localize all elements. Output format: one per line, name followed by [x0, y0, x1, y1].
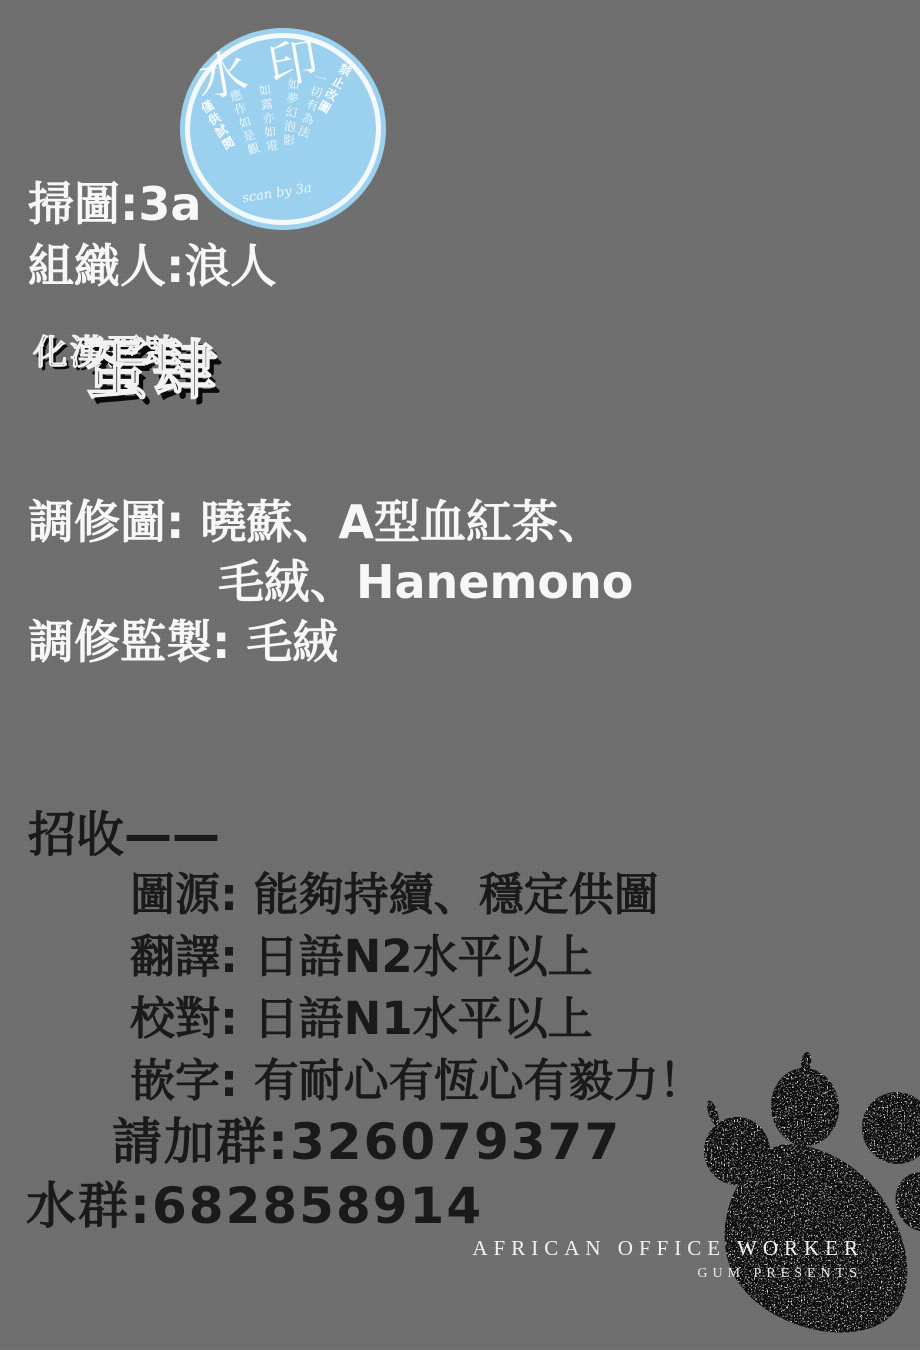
organizer-line: 組織人:浪人: [28, 230, 276, 296]
footer-series-title: AFRICAN OFFICE WORKER: [472, 1236, 864, 1261]
recruit-row: 圖源: 能夠持續、穩定供圖: [130, 858, 659, 923]
recruit-row: 校對: 日語N1水平以上: [130, 982, 593, 1047]
qq-group-line: 請加群:326079377: [112, 1102, 621, 1174]
recruit-row: 翻譯: 日語N2水平以上: [130, 920, 593, 985]
water-group-line: 水群:682858914: [26, 1166, 483, 1238]
logo-main-text: 肆蛋: [76, 336, 212, 400]
footer-presents: GUM PRESENTS: [697, 1266, 862, 1282]
retouch-line: 調修圖: 曉蘇、A型血紅茶、: [28, 486, 604, 552]
supervisor-line: 調修監製: 毛絨: [28, 606, 338, 672]
retouch-line-continued: 毛絨、Hanemono: [218, 546, 633, 612]
scan-credit-line: 掃圖:3a: [28, 168, 201, 234]
recruit-heading: 招收——: [28, 796, 220, 865]
credits-page: 水印 僅供試閱 應作如是觀 如露亦如電 如夢幻泡影 一切有為法 禁止改圖 sca…: [0, 0, 920, 1350]
recruit-row: 嵌字: 有耐心有恆心有毅力！: [130, 1044, 704, 1109]
watermark-stamp: 水印 僅供試閱 應作如是觀 如露亦如電 如夢幻泡影 一切有為法 禁止改圖 sca…: [180, 28, 386, 230]
